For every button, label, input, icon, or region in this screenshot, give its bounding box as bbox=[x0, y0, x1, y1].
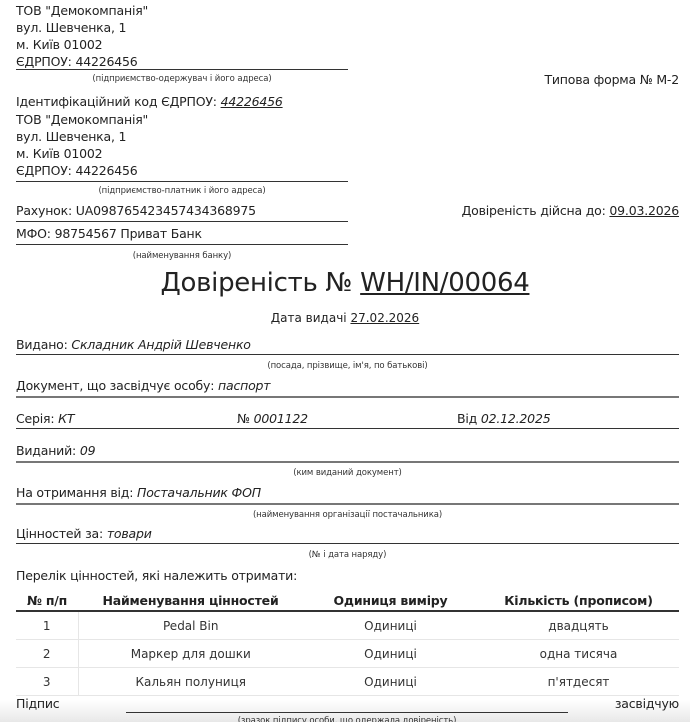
recipient-line: ТОВ "Демокомпанія" bbox=[16, 2, 148, 19]
recipient-line: м. Київ 01002 bbox=[16, 36, 148, 53]
cell-quantity: одна тисяча bbox=[478, 640, 679, 668]
items-table: № п/п Найменування цінностей Одиниця вим… bbox=[16, 590, 679, 696]
cell-quantity: п'ятдесят bbox=[478, 668, 679, 696]
cell-number: 3 bbox=[16, 668, 78, 696]
cell-unit: Одиниці bbox=[303, 611, 478, 640]
doc-number-value: 0001122 bbox=[254, 411, 308, 426]
issued-to-label: Видано: bbox=[16, 337, 68, 352]
issued-by-caption: (ким виданий документ) bbox=[16, 468, 679, 478]
payer-id-label: Ідентифікаційний код ЄДРПОУ: bbox=[16, 94, 217, 109]
cell-unit: Одиниці bbox=[303, 640, 478, 668]
divider bbox=[16, 354, 679, 355]
issued-by-value: 09 bbox=[80, 443, 96, 458]
values-for-label: Цінностей за: bbox=[16, 526, 103, 541]
account-value: UA0987654234574343689​75 bbox=[76, 203, 256, 218]
recipient-caption: (підприємство-одержувач і його адреса) bbox=[16, 74, 348, 84]
table-header-row: № п/п Найменування цінностей Одиниця вим… bbox=[16, 590, 679, 611]
form-type: Типова форма № М-2 bbox=[544, 72, 679, 87]
cell-name: Pedal Bin bbox=[78, 611, 303, 640]
signature-right-label: засвідчую bbox=[615, 696, 679, 711]
list-title: Перелік цінностей, які належить отримати… bbox=[16, 568, 297, 583]
payer-caption: (підприємство-платник і його адреса) bbox=[16, 186, 348, 196]
issued-to-caption: (посада, прізвище, ім'я, по батькові) bbox=[16, 361, 679, 371]
payer-line: ЄДРПОУ: 44226456 bbox=[16, 162, 148, 179]
signature-caption: (зразок підпису особи, що одержала довір… bbox=[126, 716, 568, 722]
cell-quantity: двадцять bbox=[478, 611, 679, 640]
cell-unit: Одиниці bbox=[303, 668, 478, 696]
column-header: Найменування цінностей bbox=[78, 590, 303, 611]
issued-by: Виданий: 09 bbox=[16, 443, 95, 458]
divider bbox=[16, 181, 348, 182]
cell-number: 1 bbox=[16, 611, 78, 640]
signature-line bbox=[126, 712, 568, 713]
column-header: Одиниця виміру bbox=[303, 590, 478, 611]
bank: МФО: 98754567 Приват Банк bbox=[16, 226, 202, 241]
signature-label: Підпис bbox=[16, 696, 59, 711]
divider bbox=[16, 503, 679, 505]
issued-to: Видано: Складник Андрій Шевченко bbox=[16, 337, 251, 352]
payer-line: ТОВ "Демокомпанія" bbox=[16, 111, 148, 128]
divider bbox=[16, 428, 679, 429]
table-row: 2 Маркер для дошки Одиниці одна тисяча bbox=[16, 640, 679, 668]
issue-date-value: 27.02.2026 bbox=[350, 311, 419, 325]
payer-address: ТОВ "Демокомпанія" вул. Шевченка, 1 м. К… bbox=[16, 111, 148, 179]
issued-to-value: Складник Андрій Шевченко bbox=[71, 337, 250, 352]
payer-line: м. Київ 01002 bbox=[16, 145, 148, 162]
bank-caption: (найменування банку) bbox=[16, 251, 348, 261]
title-prefix: Довіреність № bbox=[161, 268, 353, 298]
divider bbox=[16, 244, 348, 245]
valid-until-value: 09.03.2026 bbox=[609, 203, 679, 218]
page-title: Довіреність № WH/IN/00064 bbox=[0, 268, 690, 298]
valid-until-label: Довіреність дійсна до: bbox=[462, 203, 606, 218]
doc-date: Від 02.12.2025 bbox=[457, 411, 550, 426]
cell-name: Маркер для дошки bbox=[78, 640, 303, 668]
id-document-value: паспорт bbox=[218, 378, 270, 393]
receive-from: На отримання від: Постачальник ФОП bbox=[16, 485, 261, 500]
divider bbox=[16, 461, 679, 463]
issued-by-label: Виданий: bbox=[16, 443, 76, 458]
values-for-value: товари bbox=[107, 526, 152, 541]
column-header: № п/п bbox=[16, 590, 78, 611]
doc-number-label: № bbox=[237, 411, 250, 426]
issue-date: Дата видачі 27.02.2026 bbox=[0, 311, 690, 325]
values-for-caption: (№ і дата наряду) bbox=[16, 550, 679, 560]
divider bbox=[16, 396, 679, 398]
cell-number: 2 bbox=[16, 640, 78, 668]
doc-number: № 0001122 bbox=[237, 411, 308, 426]
payer-id: Ідентифікаційний код ЄДРПОУ: 44226456 bbox=[16, 94, 283, 109]
account-label: Рахунок: bbox=[16, 203, 72, 218]
table-row: 3 Кальян полуниця Одиниці п'ятдесят bbox=[16, 668, 679, 696]
recipient-line: ЄДРПОУ: 44226456 bbox=[16, 53, 148, 70]
title-number: WH/IN/00064 bbox=[360, 268, 529, 298]
payer-line: вул. Шевченка, 1 bbox=[16, 128, 148, 145]
doc-date-value: 02.12.2025 bbox=[481, 411, 551, 426]
table-row: 1 Pedal Bin Одиниці двадцять bbox=[16, 611, 679, 640]
id-document: Документ, що засвідчує особу: паспорт bbox=[16, 378, 270, 393]
payer-id-value: 44226456 bbox=[221, 94, 283, 109]
valid-until: Довіреність дійсна до: 09.03.2026 bbox=[462, 203, 679, 218]
values-for: Цінностей за: товари bbox=[16, 526, 152, 541]
doc-date-label: Від bbox=[457, 411, 477, 426]
divider bbox=[16, 69, 348, 70]
account: Рахунок: UA0987654234574343689​75 bbox=[16, 203, 256, 218]
recipient-address: ТОВ "Демокомпанія" вул. Шевченка, 1 м. К… bbox=[16, 2, 148, 70]
recipient-line: вул. Шевченка, 1 bbox=[16, 19, 148, 36]
bank-value: 98754567 Приват Банк bbox=[55, 226, 202, 241]
column-header: Кількість (прописом) bbox=[478, 590, 679, 611]
receive-from-value: Постачальник ФОП bbox=[137, 485, 261, 500]
divider bbox=[16, 543, 679, 544]
series-label: Серія: bbox=[16, 411, 54, 426]
id-document-label: Документ, що засвідчує особу: bbox=[16, 378, 214, 393]
divider bbox=[16, 221, 348, 222]
receive-from-caption: (найменування організації постачальника) bbox=[16, 510, 679, 520]
issue-date-label: Дата видачі bbox=[271, 311, 347, 325]
series-value: КТ bbox=[58, 411, 74, 426]
series: Серія: КТ bbox=[16, 411, 74, 426]
bank-label: МФО: bbox=[16, 226, 51, 241]
receive-from-label: На отримання від: bbox=[16, 485, 133, 500]
cell-name: Кальян полуниця bbox=[78, 668, 303, 696]
